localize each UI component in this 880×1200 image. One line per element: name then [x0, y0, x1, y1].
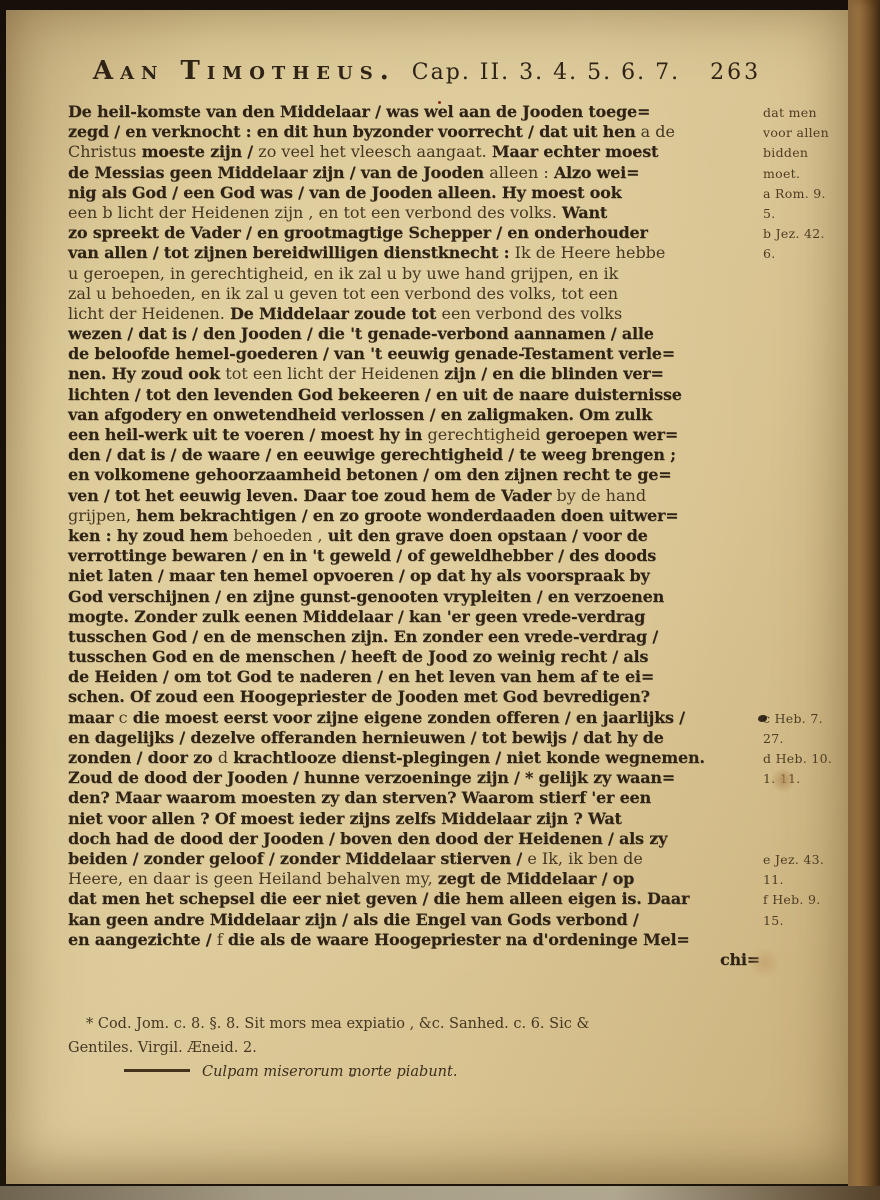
- text-line: nig als God / een God was / van de Joode…: [68, 183, 848, 203]
- text-line: een b licht der Heidenen zijn , en tot e…: [68, 203, 848, 223]
- text-segment: den? Maar waarom moesten zy dan sterven?…: [68, 788, 651, 807]
- text-segment: niet voor allen ? Of moest ieder zijns z…: [68, 809, 622, 828]
- text-segment: tusschen God en de menschen / heeft de J…: [68, 647, 648, 666]
- text-segment: maar: [68, 708, 119, 727]
- margin-note: f Heb. 9.: [760, 892, 848, 907]
- text-segment: De heil-komste van den Middelaar / was w…: [68, 102, 650, 121]
- text-segment: d: [218, 748, 233, 767]
- text-segment: dat men het schepsel die eer niet geven …: [68, 889, 689, 908]
- text-line: en volkomene gehoorzaamheid betonen / om…: [68, 465, 848, 485]
- text-segment: verrottinge bewaren / en in 't geweld / …: [68, 546, 656, 565]
- line-text: zo spreekt de Vader / en grootmagtige Sc…: [68, 223, 760, 242]
- line-text: van afgodery en onwetendheid verlossen /…: [68, 405, 760, 424]
- text-line: licht der Heidenen. De Middelaar zoude t…: [68, 304, 848, 324]
- text-line: Heere, en daar is geen Heiland behalven …: [68, 869, 848, 889]
- footnotes: * Cod. Jom. c. 8. §. 8. Sit mors mea exp…: [6, 1012, 848, 1084]
- text-segment: God verschijnen / en zijne gunst-genoote…: [68, 587, 664, 606]
- text-segment: hem bekrachtigen / en zo groote wonderda…: [136, 506, 678, 525]
- text-segment: Maar echter moest: [492, 142, 658, 161]
- line-text: doch had de dood der Jooden / boven den …: [68, 829, 760, 848]
- header-book-title: Aan Timotheus.: [93, 56, 396, 86]
- text-segment: lichten / tot den levenden God bekeeren …: [68, 385, 682, 404]
- text-segment: behoeden ,: [233, 526, 327, 545]
- line-text: zonden / door zo d krachtlooze dienst-pl…: [68, 748, 760, 767]
- text-segment: wezen / dat is / den Jooden / die 't gen…: [68, 324, 654, 343]
- text-line: doch had de dood der Jooden / boven den …: [68, 829, 848, 849]
- margin-note: b Jez. 42.: [760, 226, 848, 241]
- line-text: lichten / tot den levenden God bekeeren …: [68, 385, 760, 404]
- text-segment: alleen :: [489, 163, 554, 182]
- text-segment: licht der Heidenen.: [68, 304, 230, 323]
- line-text: den? Maar waarom moesten zy dan sterven?…: [68, 788, 760, 807]
- line-text: de beloofde hemel-goederen / van 't eeuw…: [68, 344, 760, 363]
- text-line: chi=: [68, 950, 848, 970]
- text-line: van afgodery en onwetendheid verlossen /…: [68, 405, 848, 425]
- line-text: van allen / tot zijnen bereidwilligen di…: [68, 243, 760, 262]
- text-line: tusschen God en de menschen / heeft de J…: [68, 647, 848, 667]
- text-segment: en volkomene gehoorzaamheid betonen / om…: [68, 465, 671, 484]
- text-line: beiden / zonder geloof / zonder Middelaa…: [68, 849, 848, 869]
- text-line: en aangezichte / f die als de waare Hoog…: [68, 930, 848, 950]
- margin-note: a Rom. 9.: [760, 186, 848, 201]
- text-segment: by de hand: [557, 486, 647, 505]
- margin-note: d Heb. 10.: [760, 751, 848, 766]
- text-segment: c: [119, 708, 133, 727]
- text-line: van allen / tot zijnen bereidwilligen di…: [68, 243, 848, 263]
- text-segment: nen. Hy zoud ook: [68, 364, 225, 383]
- margin-note: 27.: [760, 731, 848, 746]
- text-segment: De Middelaar zoude tot: [230, 304, 442, 323]
- margin-note: 1. 11.: [760, 771, 848, 786]
- line-text: wezen / dat is / den Jooden / die 't gen…: [68, 324, 760, 343]
- text-segment: zonden / door zo: [68, 748, 218, 767]
- text-segment: Alzo wei=: [554, 163, 639, 182]
- text-line: wezen / dat is / den Jooden / die 't gen…: [68, 324, 848, 344]
- text-segment: krachtlooze dienst-plegingen / niet kond…: [233, 748, 705, 767]
- line-text: en volkomene gehoorzaamheid betonen / om…: [68, 465, 760, 484]
- text-line: tusschen God / en de menschen zijn. En z…: [68, 627, 848, 647]
- text-segment: en dagelijks / dezelve offeranden hernie…: [68, 728, 664, 747]
- line-text: tusschen God / en de menschen zijn. En z…: [68, 627, 760, 646]
- text-segment: u geroepen, in gerechtigheid, en ik zal …: [68, 264, 618, 283]
- text-segment: doch had de dood der Jooden / boven den …: [68, 829, 667, 848]
- line-text: mogte. Zonder zulk eenen Middelaar / kan…: [68, 607, 760, 626]
- line-text: De heil-komste van den Middelaar / was w…: [68, 102, 760, 121]
- text-line: ven / tot het eeuwig leven. Daar toe zou…: [68, 486, 848, 506]
- text-segment: schen. Of zoud een Hoogepriester de Jood…: [68, 687, 650, 706]
- text-segment: beiden / zonder geloof / zonder Middelaa…: [68, 849, 527, 868]
- text-line: zo spreekt de Vader / en grootmagtige Sc…: [68, 223, 848, 243]
- margin-note: 5.: [760, 206, 848, 221]
- text-segment: niet laten / maar ten hemel opvoeren / o…: [68, 566, 650, 585]
- text-segment: f: [217, 930, 228, 949]
- text-line: en dagelijks / dezelve offeranden hernie…: [68, 728, 848, 748]
- text-line: maar c die moest eerst voor zijne eigene…: [68, 708, 848, 728]
- text-line: de beloofde hemel-goederen / van 't eeuw…: [68, 344, 848, 364]
- line-text: niet voor allen ? Of moest ieder zijns z…: [68, 809, 760, 828]
- line-text: kan geen andre Middelaar zijn / als die …: [68, 910, 760, 929]
- text-segment: zo veel het vleesch aangaat.: [258, 142, 492, 161]
- text-line: den? Maar waarom moesten zy dan sterven?…: [68, 788, 848, 808]
- text-segment: die moest eerst voor zijne eigene zonden…: [133, 708, 685, 727]
- text-line: de Messias geen Middelaar zijn / van de …: [68, 163, 848, 183]
- text-segment: en aangezichte /: [68, 930, 217, 949]
- book-page-edges: [848, 0, 880, 1200]
- line-text: Zoud de dood der Jooden / hunne verzoeni…: [68, 768, 760, 787]
- text-line: nen. Hy zoud ook tot een licht der Heide…: [68, 364, 848, 384]
- text-segment: mogte. Zonder zulk eenen Middelaar / kan…: [68, 607, 645, 626]
- text-line: God verschijnen / en zijne gunst-genoote…: [68, 587, 848, 607]
- text-segment: een verbond des volks: [442, 304, 623, 323]
- text-segment: een b licht der Heidenen zijn , en tot e…: [68, 203, 562, 222]
- text-segment: zegd / en verknocht : en dit hun byzonde…: [68, 122, 636, 141]
- text-segment: van allen / tot zijnen bereidwilligen di…: [68, 243, 515, 262]
- text-segment: geroepen wer=: [546, 425, 678, 444]
- text-segment: Zoud de dood der Jooden / hunne verzoeni…: [68, 768, 675, 787]
- text-segment: Culpam miserorum morte piabunt.: [202, 1064, 457, 1080]
- line-text: dat men het schepsel die eer niet geven …: [68, 889, 760, 908]
- text-segment: chi=: [720, 950, 760, 969]
- text-line: dat men het schepsel die eer niet geven …: [68, 889, 848, 909]
- line-text: zal u behoeden, en ik zal u geven tot ee…: [68, 284, 760, 303]
- text-line: niet laten / maar ten hemel opvoeren / o…: [68, 566, 848, 586]
- line-text: tusschen God en de menschen / heeft de J…: [68, 647, 760, 666]
- line-text: zegd / en verknocht : en dit hun byzonde…: [68, 122, 760, 141]
- text-segment: de Heiden / om tot God te naderen / en h…: [68, 667, 654, 686]
- line-text: u geroepen, in gerechtigheid, en ik zal …: [68, 264, 760, 283]
- text-line: een heil-werk uit te voeren / moest hy i…: [68, 425, 848, 445]
- text-segment: de beloofde hemel-goederen / van 't eeuw…: [68, 344, 675, 363]
- text-segment: Ik de Heere hebbe: [515, 243, 666, 262]
- text-segment: zegt de Middelaar / op: [438, 869, 634, 888]
- text-segment: kan geen andre Middelaar zijn / als die …: [68, 910, 639, 929]
- text-line: Christus moeste zijn / zo veel het vlees…: [68, 142, 848, 162]
- margin-note: 11.: [760, 872, 848, 887]
- line-text: niet laten / maar ten hemel opvoeren / o…: [68, 566, 760, 585]
- text-line: de Heiden / om tot God te naderen / en h…: [68, 667, 848, 687]
- line-text: beiden / zonder geloof / zonder Middelaa…: [68, 849, 760, 868]
- line-text: nig als God / een God was / van de Joode…: [68, 183, 760, 202]
- text-line: schen. Of zoud een Hoogepriester de Jood…: [68, 687, 848, 707]
- text-segment: zijn / en die blinden ver=: [444, 364, 664, 383]
- text-segment: Gentiles. Virgil. Æneid. 2.: [68, 1040, 257, 1056]
- line-text: Christus moeste zijn / zo veel het vlees…: [68, 142, 760, 161]
- margin-note: moet.: [760, 166, 848, 181]
- margin-note: 15.: [760, 913, 848, 928]
- text-segment: grijpen,: [68, 506, 136, 525]
- text-segment: die als de waare Hoogepriester na d'orde…: [228, 930, 690, 949]
- footnote-rule: [124, 1069, 190, 1072]
- text-segment: Christus: [68, 142, 142, 161]
- catchword: chi=: [68, 950, 776, 969]
- text-segment: uit den grave doen opstaan / voor de: [328, 526, 648, 545]
- line-text: ven / tot het eeuwig leven. Daar toe zou…: [68, 486, 760, 505]
- line-text: God verschijnen / en zijne gunst-genoote…: [68, 587, 760, 606]
- line-text: licht der Heidenen. De Middelaar zoude t…: [68, 304, 760, 323]
- body-text: De heil-komste van den Middelaar / was w…: [6, 102, 848, 970]
- text-line: ken : hy zoud hem behoeden , uit den gra…: [68, 526, 848, 546]
- footnote-line: Gentiles. Virgil. Æneid. 2.: [68, 1036, 848, 1060]
- line-text: nen. Hy zoud ook tot een licht der Heide…: [68, 364, 760, 383]
- text-line: zal u behoeden, en ik zal u geven tot ee…: [68, 284, 848, 304]
- text-segment: Heere, en daar is geen Heiland behalven …: [68, 869, 438, 888]
- line-text: ken : hy zoud hem behoeden , uit den gra…: [68, 526, 760, 545]
- margin-note: e Jez. 43.: [760, 852, 848, 867]
- header-chapter-reference: Cap. II. 3. 4. 5. 6. 7.: [412, 60, 680, 85]
- text-line: kan geen andre Middelaar zijn / als die …: [68, 910, 848, 930]
- footnote-line: * Cod. Jom. c. 8. §. 8. Sit mors mea exp…: [68, 1012, 848, 1036]
- text-segment: zo spreekt de Vader / en grootmagtige Sc…: [68, 223, 648, 242]
- line-text: grijpen, hem bekrachtigen / en zo groote…: [68, 506, 760, 525]
- text-segment: de Messias geen Middelaar zijn / van de …: [68, 163, 489, 182]
- text-line: zonden / door zo d krachtlooze dienst-pl…: [68, 748, 848, 768]
- line-text: de Messias geen Middelaar zijn / van de …: [68, 163, 760, 182]
- scanned-book-photo: Aan Timotheus. Cap. II. 3. 4. 5. 6. 7. 2…: [0, 0, 880, 1200]
- text-segment: gerechtigheid: [428, 425, 546, 444]
- book-page: Aan Timotheus. Cap. II. 3. 4. 5. 6. 7. 2…: [6, 10, 848, 1184]
- margin-note: dat men: [760, 105, 848, 120]
- line-text: de Heiden / om tot God te naderen / en h…: [68, 667, 760, 686]
- text-segment: e Ik, ik ben de: [527, 849, 642, 868]
- margin-note: c Heb. 7.: [760, 711, 848, 726]
- text-line: lichten / tot den levenden God bekeeren …: [68, 385, 848, 405]
- line-text: en dagelijks / dezelve offeranden hernie…: [68, 728, 760, 747]
- text-line: mogte. Zonder zulk eenen Middelaar / kan…: [68, 607, 848, 627]
- text-segment: a de: [636, 122, 675, 141]
- text-line: den / dat is / de waare / en eeuwige ger…: [68, 445, 848, 465]
- line-text: een b licht der Heidenen zijn , en tot e…: [68, 203, 760, 222]
- text-line: u geroepen, in gerechtigheid, en ik zal …: [68, 264, 848, 284]
- text-segment: Want: [562, 203, 607, 222]
- text-segment: ven / tot het eeuwig leven. Daar toe zou…: [68, 486, 557, 505]
- margin-note: bidden: [760, 145, 848, 160]
- text-line: verrottinge bewaren / en in 't geweld / …: [68, 546, 848, 566]
- text-segment: nig als God / een God was / van de Joode…: [68, 183, 622, 202]
- text-line: Zoud de dood der Jooden / hunne verzoeni…: [68, 768, 848, 788]
- text-segment: tot een licht der Heidenen: [225, 364, 444, 383]
- text-line: De heil-komste van den Middelaar / was w…: [68, 102, 848, 122]
- text-segment: den / dat is / de waare / en eeuwige ger…: [68, 445, 676, 464]
- scan-bottom-edge: [0, 1186, 880, 1200]
- text-segment: tusschen God / en de menschen zijn. En z…: [68, 627, 658, 646]
- text-line: niet voor allen ? Of moest ieder zijns z…: [68, 809, 848, 829]
- line-text: en aangezichte / f die als de waare Hoog…: [68, 930, 760, 949]
- margin-note: 6.: [760, 246, 848, 261]
- line-text: een heil-werk uit te voeren / moest hy i…: [68, 425, 760, 444]
- page-number: 263: [710, 60, 761, 85]
- margin-note: voor allen: [760, 125, 848, 140]
- line-text: den / dat is / de waare / en eeuwige ger…: [68, 445, 760, 464]
- text-segment: zal u behoeden, en ik zal u geven tot ee…: [68, 284, 618, 303]
- running-header: Aan Timotheus. Cap. II. 3. 4. 5. 6. 7. 2…: [6, 10, 848, 86]
- line-text: maar c die moest eerst voor zijne eigene…: [68, 708, 760, 727]
- footnote-line: Culpam miserorum morte piabunt.: [68, 1060, 848, 1084]
- text-line: grijpen, hem bekrachtigen / en zo groote…: [68, 506, 848, 526]
- text-line: zegd / en verknocht : en dit hun byzonde…: [68, 122, 848, 142]
- line-text: schen. Of zoud een Hoogepriester de Jood…: [68, 687, 760, 706]
- text-segment: * Cod. Jom. c. 8. §. 8. Sit mors mea exp…: [86, 1016, 589, 1032]
- text-segment: een heil-werk uit te voeren / moest hy i…: [68, 425, 428, 444]
- text-segment: van afgodery en onwetendheid verlossen /…: [68, 405, 652, 424]
- text-segment: ken : hy zoud hem: [68, 526, 233, 545]
- text-segment: moeste zijn /: [142, 142, 259, 161]
- line-text: verrottinge bewaren / en in 't geweld / …: [68, 546, 760, 565]
- line-text: Heere, en daar is geen Heiland behalven …: [68, 869, 760, 888]
